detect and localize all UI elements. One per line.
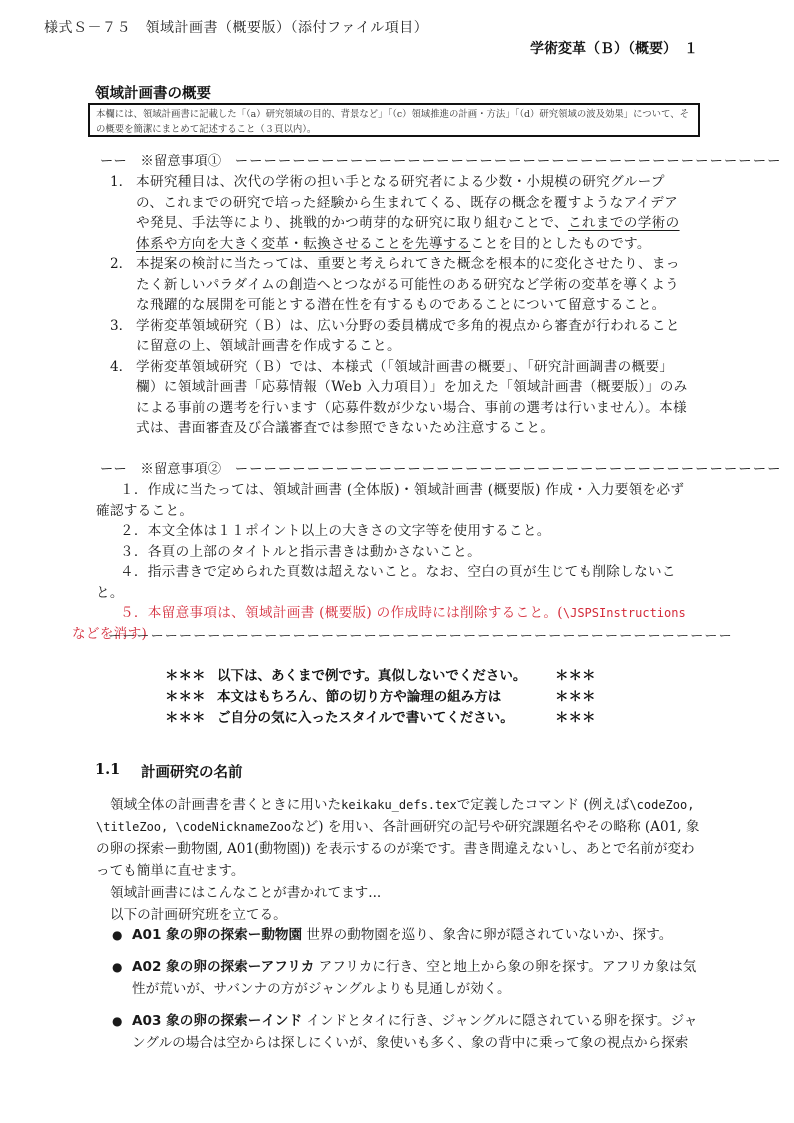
notice-1-item: 1． 本研究種目は、次代の学術の担い手となる研究者による少数・小規模の研究グルー…	[110, 172, 690, 254]
notice-2-item: １．作成に当たっては、領域計画書 (全体版)・領域計画書 (概要版) 作成・入力…	[96, 480, 698, 521]
disclaimer-line: ＊＊＊本文はもちろん、節の切り方や論理の組み方は＊＊＊	[165, 687, 625, 708]
notice-1-item: 4． 学術変革領域研究（Ｂ）では、本様式（「領域計画書の概要」、「研究計画調書の…	[110, 357, 690, 439]
list-item: ● A03 象の卵の探索ーインド インドとタイに行き、ジャングルに隠されている卵…	[112, 1010, 702, 1054]
disclaimer-line: ＊＊＊以下は、あくまで例です。真似しないでください。＊＊＊	[165, 666, 625, 687]
section-title: 計画研究の名前	[141, 761, 243, 782]
notice-2-item: ４．指示書きで定められた頁数は超えないこと。なお、空白の頁が生じても削除しないこ…	[96, 562, 698, 603]
section-body: 領域全体の計画書を書くときに用いたkeikaku_defs.texで定義したコマ…	[96, 794, 700, 926]
notice-2-item: ３．各頁の上部のタイトルと指示書きは動かさないこと。	[96, 542, 698, 563]
item-text: 本研究種目は、次代の学術の担い手となる研究者による少数・小規模の研究グループの、…	[136, 172, 690, 254]
notice-2-list: １．作成に当たっては、領域計画書 (全体版)・領域計画書 (概要版) 作成・入力…	[96, 480, 698, 644]
list-item: ● A02 象の卵の探索ーアフリカ アフリカに行き、空と地上から象の卵を探す。ア…	[112, 956, 702, 1000]
disclaimer-line: ＊＊＊ご自分の気に入ったスタイルで書いてください。＊＊＊	[165, 708, 625, 729]
bullet-icon: ●	[112, 1010, 132, 1054]
item-text: 学術変革領域研究（Ｂ）は、広い分野の委員構成で多角的視点から審査が行われることに…	[136, 316, 690, 357]
notice-1-item: 3． 学術変革領域研究（Ｂ）は、広い分野の委員構成で多角的視点から審査が行われる…	[110, 316, 690, 357]
section-heading: 1.1 計画研究の名前	[95, 761, 243, 782]
notice-2-item: ２．本文全体は１１ポイント以上の大きさの文字等を使用すること。	[96, 521, 698, 542]
body-line: 領域計画書にはこんなことが書かれてます...	[96, 882, 700, 904]
research-group-list: ● A01 象の卵の探索ー動物園 世界の動物園を巡り、象舎に卵が隠されていないか…	[112, 924, 702, 1064]
dash-rule: ーーーーーーーーーーーーーーーーーーーーーーーーーーーーーーーーーーーーーー	[235, 154, 782, 169]
bullet-icon: ●	[112, 956, 132, 1000]
notice-2-lead: ーー ※留意事項②	[100, 462, 235, 477]
item-number: 4．	[110, 357, 136, 439]
notice-1-list: 1． 本研究種目は、次代の学術の担い手となる研究者による少数・小規模の研究グルー…	[110, 172, 690, 439]
summary-title: 領域計画書の概要	[95, 82, 211, 103]
body-paragraph: 領域全体の計画書を書くときに用いたkeikaku_defs.texで定義したコマ…	[96, 794, 700, 882]
example-disclaimer: ＊＊＊以下は、あくまで例です。真似しないでください。＊＊＊ ＊＊＊本文はもちろん…	[165, 666, 625, 729]
page-tag: 学術変革（Ｂ）（概要） １	[530, 38, 698, 58]
notice-1-heading: ーー ※留意事項① ーーーーーーーーーーーーーーーーーーーーーーーーーーーーーー…	[100, 150, 782, 169]
dash-rule: ーーーーーーーーーーーーーーーーーーーーーーーーーーーーーーーーーーーーーー	[235, 462, 782, 477]
notice-2-heading: ーー ※留意事項② ーーーーーーーーーーーーーーーーーーーーーーーーーーーーーー…	[100, 458, 782, 477]
notice-1-lead: ーー ※留意事項①	[100, 154, 235, 169]
item-text: 学術変革領域研究（Ｂ）では、本様式（「領域計画書の概要」、「研究計画調書の概要」…	[136, 357, 690, 439]
item-number: 3．	[110, 316, 136, 357]
bullet-icon: ●	[112, 924, 132, 946]
notice-1-item: 2． 本提案の検討に当たっては、重要と考えられてきた概念を根本的に変化させたり、…	[110, 254, 690, 316]
body-line: 以下の計画研究班を立てる。	[96, 904, 700, 926]
instruction-box: 本欄には、領域計画書に記載した「（a）研究領域の目的、背景など」「（c）領域推進…	[88, 103, 700, 137]
list-item: ● A01 象の卵の探索ー動物園 世界の動物園を巡り、象舎に卵が隠されていないか…	[112, 924, 702, 946]
section-number: 1.1	[95, 761, 141, 782]
instruction-text: 本欄には、領域計画書に記載した「（a）研究領域の目的、背景など」「（c）領域推進…	[96, 109, 689, 135]
notice-end-rule: ーーーーーーーーーーーーーーーーーーーーーーーーーーーーーーーーーーーーーーーー…	[108, 625, 733, 644]
item-number: 1．	[110, 172, 136, 254]
item-text: 本提案の検討に当たっては、重要と考えられてきた概念を根本的に変化させたり、まった…	[136, 254, 690, 316]
item-number: 2．	[110, 254, 136, 316]
form-id-header: 様式Ｓ－７５ 領域計画書（概要版）（添付ファイル項目）	[44, 17, 428, 37]
